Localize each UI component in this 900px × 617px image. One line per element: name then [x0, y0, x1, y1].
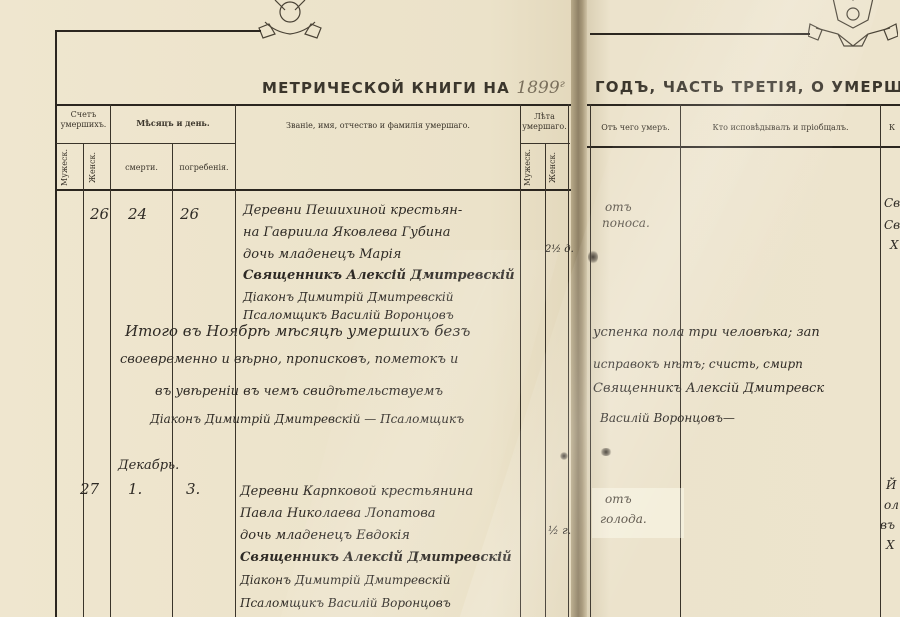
header-date: Мѣсяцъ и день.: [111, 118, 235, 128]
double-headed-eagle-icon: [808, 0, 898, 52]
cause-line: отъ: [605, 200, 632, 214]
cause-line: голода.: [600, 512, 647, 526]
death-day: 24: [128, 205, 147, 223]
frame-top-left: [56, 30, 261, 32]
entry-number: 26: [90, 205, 109, 223]
name-line: Деревни Пешихиной крестьян-: [243, 203, 462, 218]
col-line: [880, 104, 881, 617]
year-suffix: г: [560, 79, 565, 90]
header-count-male: Мужеск.: [60, 147, 78, 187]
burial-day: 3.: [186, 480, 200, 498]
header-top-rule: [56, 104, 571, 106]
col-line: [172, 143, 173, 617]
page-title-left: МЕТРИЧЕСКОЙ КНИГИ НА 1899г: [262, 78, 565, 98]
header-date-burial: погребенія.: [173, 163, 235, 173]
name-line: дочь младенецъ Марія: [243, 247, 401, 262]
edge-text: въ: [880, 518, 895, 532]
summary-line-right: успенка пола три человѣка; зап: [593, 325, 820, 340]
frame-top-right: [590, 33, 810, 35]
edge-text: Св: [884, 218, 900, 232]
entry-number: 27: [80, 480, 99, 498]
summary-line: своевременно и вѣрно, прописковъ, помето…: [120, 352, 458, 367]
col-line: [110, 104, 111, 617]
age-value: ½ г.: [548, 524, 571, 537]
header-age-female: Женск.: [548, 147, 566, 187]
edge-text: Св: [884, 196, 900, 210]
header-next: К: [884, 123, 900, 133]
name-line: Священникъ Алексій Дмитревскій: [240, 550, 512, 565]
edge-text: Х: [890, 238, 899, 252]
header-cause: Отъ чего умеръ.: [591, 123, 680, 133]
month-label: Декабрь.: [118, 458, 179, 473]
summary-line-right: Василій Воронцовъ—: [600, 411, 735, 425]
name-line: Діаконъ Димитрій Дмитревскій: [243, 290, 454, 304]
cause-line: отъ: [605, 492, 632, 506]
header-count-female: Женск.: [88, 147, 106, 187]
header-top-rule-right: [587, 104, 900, 106]
header-date-death: смерти.: [111, 163, 172, 173]
name-line: Псаломщикъ Василій Воронцовъ: [243, 308, 454, 322]
title-text: МЕТРИЧЕСКОЙ КНИГИ НА: [262, 79, 510, 97]
col-line: [590, 104, 591, 617]
name-line: на Гавриила Яковлева Губина: [243, 225, 450, 240]
edge-text: Й: [886, 478, 896, 492]
summary-line: Діаконъ Димитрій Дмитревскій — Псаломщик…: [150, 412, 464, 426]
summary-line: Итого въ Ноябрѣ мѣсяцѣ умершихъ безъ: [125, 322, 470, 340]
col-line: [545, 143, 546, 617]
book-gutter: [571, 0, 587, 617]
summary-line-right: Священникъ Алексій Дмитревск: [593, 381, 824, 396]
col-line: [83, 143, 84, 617]
header-bottom-rule-right: [587, 146, 900, 148]
col-line: [568, 104, 569, 617]
year-value: 1899: [516, 78, 559, 98]
header-count: Счетъ умершихъ.: [57, 110, 110, 130]
name-line: дочь младенецъ Евдокія: [240, 528, 410, 543]
ink-blot: [560, 452, 568, 460]
name-line: Псаломщикъ Василій Воронцовъ: [240, 596, 451, 610]
death-day: 1.: [128, 480, 142, 498]
name-line: Діаконъ Димитрій Дмитревскій: [240, 573, 451, 587]
name-line: Деревни Карпковой крестьянина: [240, 484, 473, 499]
ink-blot: [600, 448, 612, 456]
age-value: 2½ д.: [545, 244, 574, 255]
burial-day: 26: [180, 205, 199, 223]
ink-blot: [588, 250, 598, 264]
header-name: Званіе, имя, отчество и фамилія умершаго…: [236, 121, 520, 131]
summary-line: въ увѣреніи въ чемъ свидѣтельствуемъ: [155, 384, 443, 399]
header-age-male: Мужеск.: [523, 147, 541, 187]
header-bottom-rule: [56, 189, 571, 191]
name-line: Павла Николаева Лопатова: [240, 506, 436, 521]
cause-line: поноса.: [602, 216, 650, 230]
header-confessor: Кто исповѣдывалъ и пріобщалъ.: [681, 123, 880, 133]
summary-line-right: исправокъ нѣтъ; счисть, смирп: [593, 357, 803, 371]
name-line: Священникъ Алексій Дмитревскій: [243, 268, 515, 283]
edge-text: Х: [886, 538, 895, 552]
edge-text: ол: [884, 498, 899, 512]
double-headed-eagle-icon: [255, 0, 325, 44]
page-title-right: ГОДЪ, ЧАСТЬ ТРЕТІЯ, О УМЕРШ: [595, 78, 900, 96]
header-age: Лѣта умершаго.: [521, 112, 568, 132]
col-line: [520, 104, 521, 617]
